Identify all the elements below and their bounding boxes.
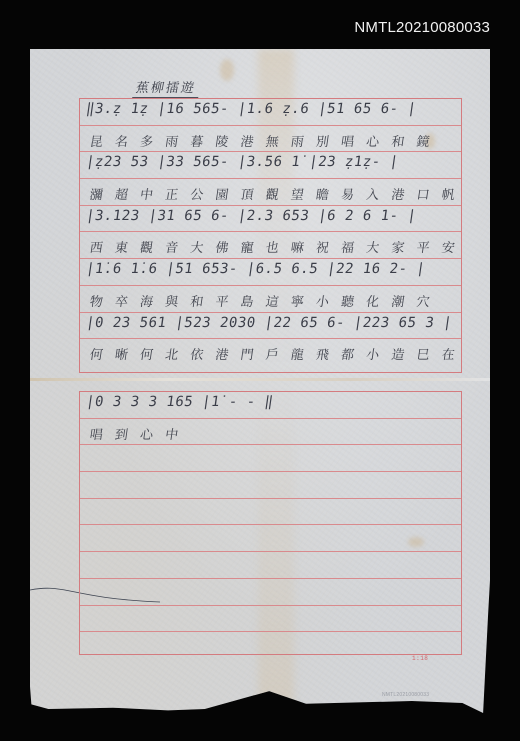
manuscript-page: 蕉柳擂遊 ‖3.ẓ 1ẓ |16 565- |1.6 ẓ.6 |51 65 6-… [30, 49, 490, 713]
staff-row: |0 3 3 3 165 |1̇ - - ‖ [80, 392, 461, 419]
staff-row: 瀰 超 中 正 公 園 頂 觀 望 瞻 易 入 港 口 帆 [80, 179, 461, 206]
staff-row: 何 晰 何 北 依 港 門 戶 龍 飛 都 小 造 巳 在 [80, 339, 461, 366]
notation-line: |3.123 |31 65 6- |2.3 653 |6 2 6 1- | [85, 208, 418, 224]
staff-row: 唱 到 心 中 [80, 419, 461, 446]
fold-crease [30, 378, 490, 381]
lyrics-line: 昆 名 多 雨 暮 陵 港 無 雨 別 唱 心 和 鏡 [89, 131, 435, 150]
archive-corner-note: NMTL20210080033 [382, 692, 429, 698]
lyrics-line: 唱 到 心 中 [89, 424, 184, 443]
notation-line: |0 23 561 |523 2030 |22 65 6- |223 65 3 … [85, 315, 453, 331]
notation-line: |ẓ23 53 |33 565- |3.56 1̇ |23 ẓ1ẓ- | [85, 154, 400, 170]
song-title: 蕉柳擂遊 [132, 77, 202, 98]
blank-row [80, 499, 461, 526]
blank-row [80, 606, 461, 633]
catalog-id-label: NMTL20210080033 [354, 19, 490, 36]
staff-row: 西 東 觀 音 大 佛 寵 也 嘛 祝 福 大 家 平 安 [80, 232, 461, 259]
paper-stain [220, 59, 234, 81]
printed-page-mark: 1:18 [412, 655, 428, 662]
blank-row [80, 579, 461, 606]
blank-row [80, 472, 461, 499]
scan-viewer: NMTL20210080033 蕉柳擂遊 ‖3.ẓ 1ẓ |16 565- |1… [0, 0, 520, 741]
lyrics-line: 物 卒 海 與 和 平 島 這 寧 小 聽 化 潮 穴 [89, 291, 435, 310]
blank-row [80, 552, 461, 579]
staff-row: 物 卒 海 與 和 平 島 這 寧 小 聽 化 潮 穴 [80, 286, 461, 313]
ruled-block-upper: ‖3.ẓ 1ẓ |16 565- |1.6 ẓ.6 |51 65 6- | 昆 … [79, 98, 462, 373]
blank-row [80, 525, 461, 552]
notation-line: |1̇.6 1̇.6 |51 653- |6.5 6.5 |22 16 2- | [85, 261, 427, 277]
blank-row [80, 632, 461, 659]
staff-row: ‖3.ẓ 1ẓ |16 565- |1.6 ẓ.6 |51 65 6- | [80, 99, 461, 126]
staff-row: |ẓ23 53 |33 565- |3.56 1̇ |23 ẓ1ẓ- | [80, 152, 461, 179]
notation-line: |0 3 3 3 165 |1̇ - - ‖ [85, 394, 275, 410]
lyrics-line: 瀰 超 中 正 公 園 頂 觀 望 瞻 易 入 港 口 帆 [89, 184, 461, 203]
staff-row: |1̇.6 1̇.6 |51 653- |6.5 6.5 |22 16 2- | [80, 259, 461, 286]
staff-row: 昆 名 多 雨 暮 陵 港 無 雨 別 唱 心 和 鏡 [80, 126, 461, 153]
notation-line: ‖3.ẓ 1ẓ |16 565- |1.6 ẓ.6 |51 65 6- | [85, 101, 418, 117]
ruled-block-lower: |0 3 3 3 165 |1̇ - - ‖ 唱 到 心 中 [79, 391, 462, 655]
blank-row [80, 445, 461, 472]
lyrics-line: 何 晰 何 北 依 港 門 戶 龍 飛 都 小 造 巳 在 [89, 344, 461, 363]
staff-row: |3.123 |31 65 6- |2.3 653 |6 2 6 1- | [80, 206, 461, 233]
staff-row: |0 23 561 |523 2030 |22 65 6- |223 65 3 … [80, 313, 461, 340]
lyrics-line: 西 東 觀 音 大 佛 寵 也 嘛 祝 福 大 家 平 安 [89, 237, 461, 256]
